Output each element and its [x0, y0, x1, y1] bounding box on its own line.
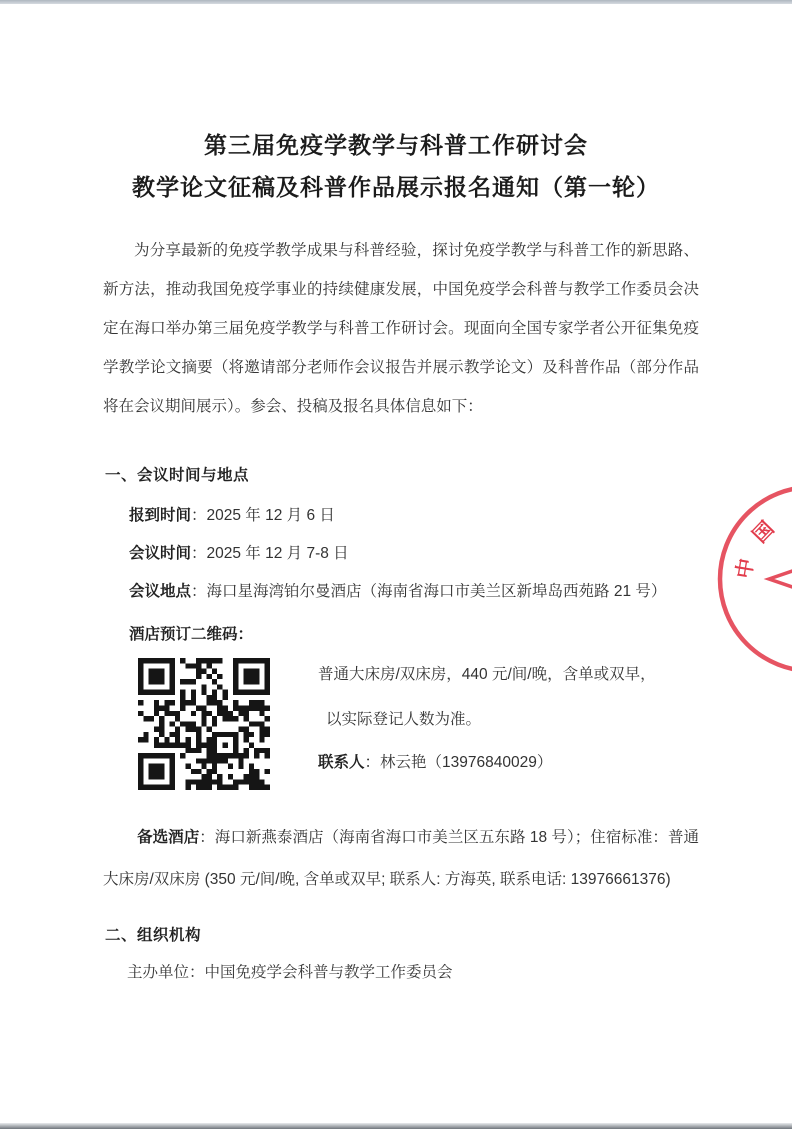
- scanned-document-page: { "doc": { "title_line1": "第三届免疫学教学与科普工作…: [0, 0, 792, 1129]
- meeting-venue-label: 会议地点: [129, 583, 191, 600]
- alt-hotel-paragraph: 备选酒店：海口新燕泰酒店（海南省海口市美兰区五东路 18 号）；住宿标准：普通大…: [103, 817, 699, 901]
- qr-info-line1: 普通大床房/双床房，440 元/间/晚，含单或双早，: [318, 662, 656, 684]
- meeting-time-label: 会议时间: [129, 545, 191, 562]
- section2-heading: 二、组织机构: [105, 923, 201, 945]
- section1-heading: 一、会议时间与地点: [105, 463, 249, 485]
- document-title-line2: 教学论文征稿及科普作品展示报名通知（第一轮）: [0, 166, 792, 208]
- checkin-time-label: 报到时间: [129, 507, 191, 524]
- red-official-seal: 中国: [710, 477, 792, 683]
- qr-contact-label: 联系人: [318, 754, 365, 771]
- meeting-time-value: ：2025 年 12 月 7-8 日: [191, 545, 349, 562]
- hotel-booking-qr-code: [138, 658, 270, 790]
- alt-hotel-label: 备选酒店: [137, 829, 199, 846]
- qr-caption: 酒店预订二维码：: [129, 622, 253, 644]
- seal-graphic: 中国: [710, 477, 792, 683]
- intro-paragraph: 为分享最新的免疫学教学成果与科普经验，探讨免疫学教学与科普工作的新思路、新方法，…: [103, 231, 699, 426]
- checkin-time-value: ：2025 年 12 月 6 日: [191, 507, 335, 524]
- svg-text:国: 国: [748, 517, 778, 547]
- scan-bottom-edge: [0, 1123, 792, 1129]
- qr-contact-line: 联系人：林云艳（13976840029）: [318, 750, 552, 772]
- scan-top-edge: [0, 0, 792, 4]
- document-title: 第三届免疫学教学与科普工作研讨会 教学论文征稿及科普作品展示报名通知（第一轮）: [0, 124, 792, 208]
- meeting-venue-line: 会议地点：海口星海湾铂尔曼酒店（海南省海口市美兰区新埠岛西苑路 21 号）: [129, 579, 666, 601]
- qr-info-line2: 以实际登记人数为准。: [326, 707, 481, 729]
- host-organization-line: 主办单位：中国免疫学会科普与教学工作委员会: [127, 960, 453, 982]
- document-title-line1: 第三届免疫学教学与科普工作研讨会: [0, 124, 792, 166]
- svg-text:中: 中: [731, 557, 758, 581]
- qr-contact-value: ：林云艳（13976840029）: [365, 754, 553, 771]
- meeting-time-line: 会议时间：2025 年 12 月 7-8 日: [129, 541, 349, 563]
- checkin-time-line: 报到时间：2025 年 12 月 6 日: [129, 503, 335, 525]
- meeting-venue-value: ：海口星海湾铂尔曼酒店（海南省海口市美兰区新埠岛西苑路 21 号）: [191, 583, 666, 600]
